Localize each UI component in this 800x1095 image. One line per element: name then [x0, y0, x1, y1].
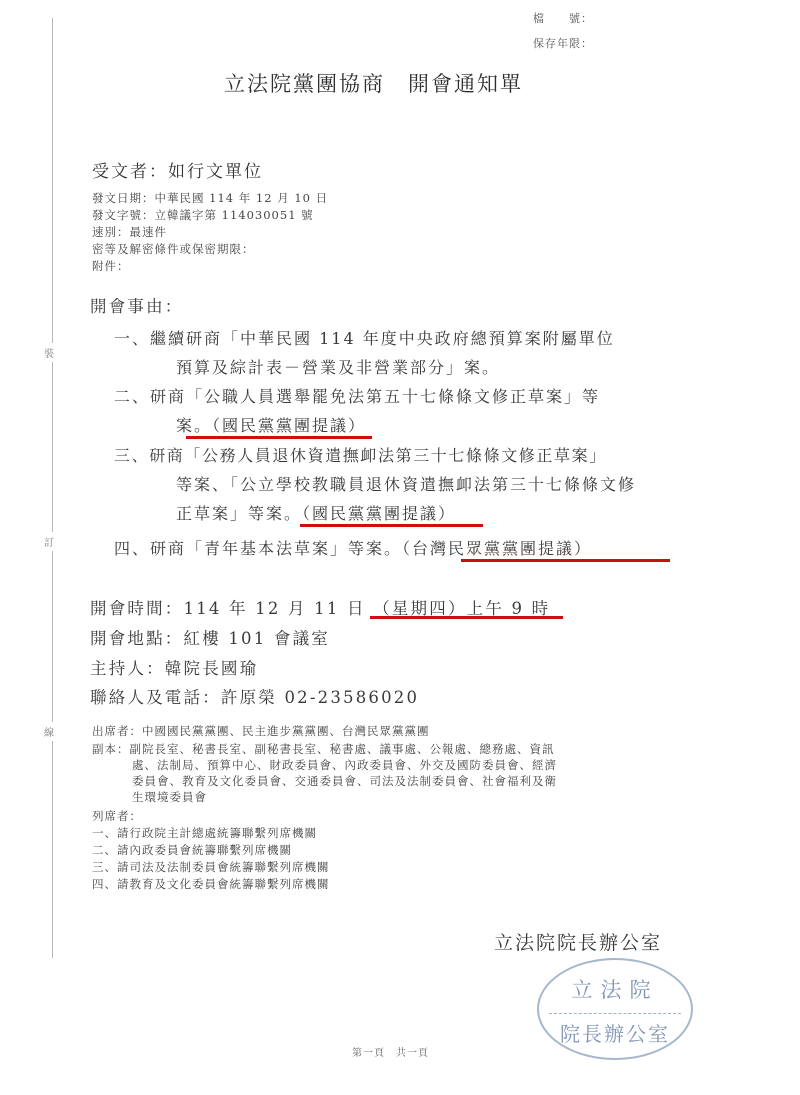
agenda-item-1-line-2: 預算及綜計表－營業及非營業部分」案。	[176, 355, 500, 378]
stamp-divider	[549, 1013, 681, 1014]
meeting-contact: 聯絡人及電話：許原榮 02-23586020	[90, 684, 419, 708]
meeting-host: 主持人：韓院長國瑜	[90, 655, 258, 679]
file-number-label: 檔 號：	[533, 10, 593, 26]
agenda-item-3-suffix: 正草案」等案。	[176, 504, 302, 523]
agenda-item-2-suffix: 案。	[176, 416, 212, 435]
highlight-underline-kmt-1	[186, 436, 372, 439]
page-number: 第一頁 共一頁	[352, 1044, 429, 1059]
binding-mark-xian: 線	[44, 722, 54, 741]
meeting-time-date: 開會時間：114 年 12 月 11 日	[90, 599, 373, 618]
cc-line-3: 委員會、教育及文化委員會、交通委員會、司法及法制委員會、社會福利及衛	[132, 773, 557, 789]
observer-1: 一、請行政院主計總處統籌聯繫列席機關	[92, 825, 317, 841]
observer-4: 四、請教育及文化委員會統籌聯繫列席機關	[92, 876, 330, 892]
agenda-item-1-line-1: 一、繼續研商「中華民國 114 年度中央政府總預算案附屬單位	[114, 326, 615, 349]
binding-mark-ding: 訂	[44, 532, 54, 551]
stamp-top-text: 立法院	[539, 974, 691, 1004]
agenda-item-4-text: 四、研商「青年基本法草案」等案。	[114, 539, 402, 558]
proposer-kmt-2: （國民黨黨團提議）	[302, 504, 456, 523]
issuing-office-signature: 立法院院長辦公室	[494, 928, 662, 955]
binding-line	[52, 18, 53, 958]
attachments: 附件：	[92, 258, 130, 274]
observer-3: 三、請司法及法制委員會統籌聯繫列席機關	[92, 859, 330, 875]
secrecy-level: 密等及解密條件或保密期限：	[92, 241, 255, 257]
urgency: 速別：最速件	[92, 224, 167, 240]
recipient: 受文者：如行文單位	[92, 157, 263, 182]
observers-heading: 列席者：	[92, 808, 142, 824]
agenda-item-3-line-3: 正草案」等案。（國民黨黨團提議）	[176, 501, 456, 524]
observer-2: 二、請內政委員會統籌聯繫列席機關	[92, 842, 292, 858]
attendees: 出席者：中國國民黨黨團、民主進步黨黨團、台灣民眾黨黨團	[92, 723, 430, 739]
cc-line-1: 副本：副院長室、秘書長室、副秘書長室、秘書處、議事處、公報處、總務處、資訊	[92, 741, 555, 757]
proposer-tpp: （台灣民眾黨黨團提議）	[402, 539, 592, 558]
highlight-underline-tpp	[461, 559, 670, 562]
document-number: 發文字號：立韓議字第 114030051 號	[92, 207, 314, 223]
proposer-kmt-1: （國民黨黨團提議）	[212, 416, 366, 435]
agenda-item-2-line-2: 案。（國民黨黨團提議）	[176, 413, 366, 436]
cc-line-2: 處、法制局、預算中心、財政委員會、內政委員會、外交及國防委員會、經濟	[132, 757, 557, 773]
agenda-heading: 開會事由：	[90, 293, 184, 317]
document-title: 立法院黨團協商 開會通知單	[224, 68, 523, 98]
binding-mark-zhuang: 裝	[44, 343, 54, 362]
agenda-item-3-line-1: 三、研商「公務人員退休資遣撫卹法第三十七條條文修正草案」	[114, 443, 607, 466]
cc-line-4: 生環境委員會	[132, 789, 207, 805]
agenda-item-4-line-1: 四、研商「青年基本法草案」等案。（台灣民眾黨黨團提議）	[114, 536, 592, 559]
highlight-underline-kmt-2	[300, 524, 483, 527]
retention-period-label: 保存年限：	[533, 35, 593, 51]
stamp-bottom-text: 院長辦公室	[539, 1018, 691, 1047]
official-seal-stamp: 立法院 院長辦公室	[537, 958, 693, 1060]
issue-date: 發文日期：中華民國 114 年 12 月 10 日	[92, 190, 328, 206]
agenda-item-3-line-2: 等案、「公立學校教職員退休資遣撫卹法第三十七條條文修	[176, 472, 636, 495]
meeting-location: 開會地點：紅樓 101 會議室	[90, 625, 330, 649]
agenda-item-2-line-1: 二、研商「公職人員選舉罷免法第五十七條條文修正草案」等	[114, 384, 600, 407]
highlight-underline-time	[370, 616, 563, 619]
